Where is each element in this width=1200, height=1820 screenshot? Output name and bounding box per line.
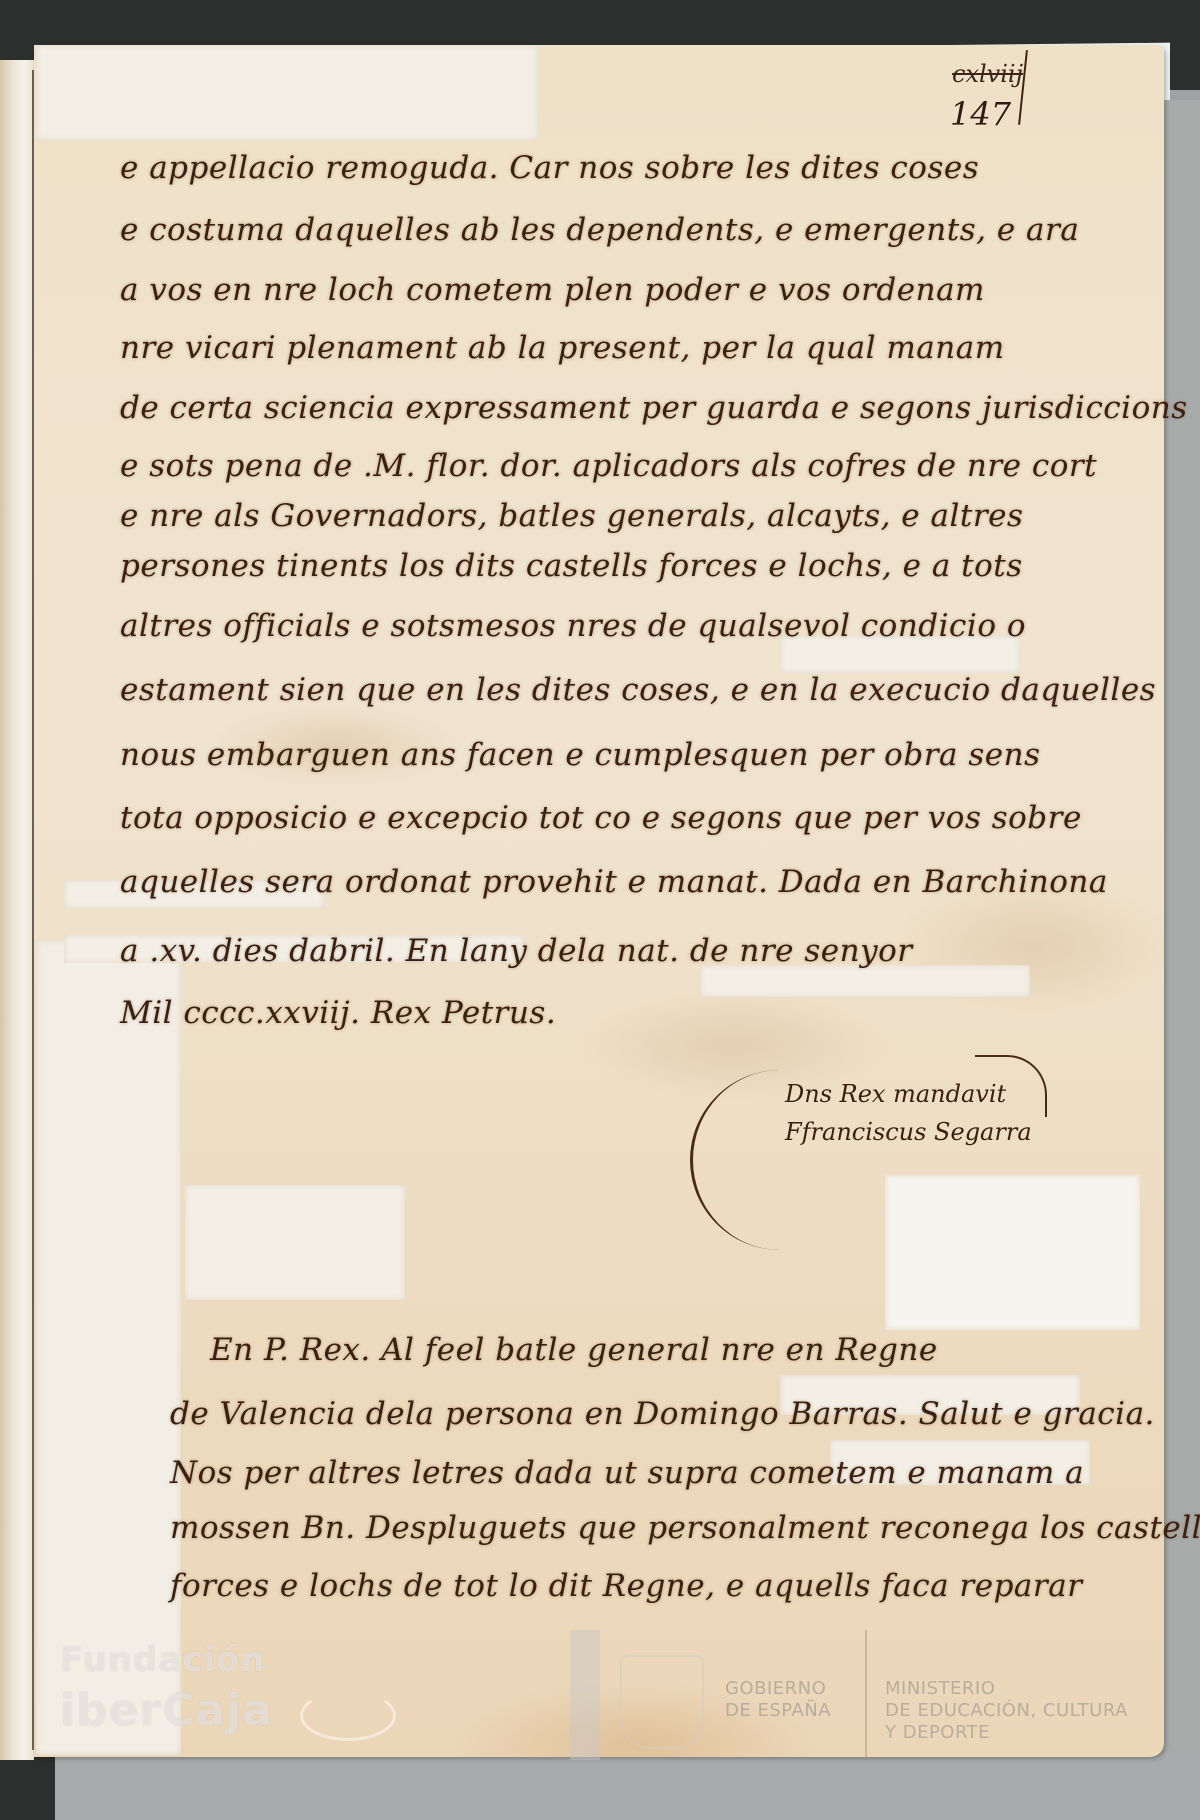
text-line: altres officials e sotsmesos nres de qua… [120, 608, 1026, 644]
text-line: estament sien que en les dites coses, e … [120, 672, 1156, 708]
text-line: e nre als Governadors, batles generals, … [120, 498, 1023, 534]
text-line: a vos en nre loch cometem plen poder e v… [120, 272, 985, 308]
dark-background-corner [0, 1750, 55, 1820]
text-line: Mil cccc.xxviij. Rex Petrus. [120, 995, 556, 1031]
watermark-fundacion: Fundación [60, 1640, 266, 1680]
text-line: En P. Rex. Al feel batle general nre en … [210, 1332, 938, 1368]
text-line: e sots pena de .M. flor. dor. aplicadors… [120, 448, 1097, 484]
text-line: persones tinents los dits castells force… [120, 548, 1023, 584]
repair-patch [36, 940, 181, 1755]
spain-coat-of-arms-icon [620, 1655, 704, 1749]
watermark-divider [865, 1630, 867, 1760]
repair-patch [36, 45, 538, 140]
signature-line: Dns Rex mandavit [785, 1080, 1006, 1108]
gobierno-line: DE ESPAÑA [725, 1700, 831, 1722]
folio-old-number: cxlviij [952, 60, 1023, 88]
binding-fold [0, 60, 34, 1760]
gobierno-line: GOBIERNO [725, 1678, 831, 1700]
text-line: Nos per altres letres dada ut supra come… [170, 1455, 1084, 1491]
signature-line: Ffranciscus Segarra [785, 1118, 1032, 1146]
ministerio-line: MINISTERIO [885, 1678, 1128, 1700]
grey-backing-bottom [55, 1755, 1200, 1820]
text-line: de certa sciencia expressament per guard… [120, 390, 1188, 426]
repair-patch [185, 1185, 405, 1300]
text-line: a .xv. dies dabril. En lany dela nat. de… [120, 933, 913, 969]
watermark-gobierno: GOBIERNO DE ESPAÑA [725, 1678, 831, 1722]
text-line: nous embarguen ans facen e cumplesquen p… [120, 737, 1040, 773]
text-line: e appellacio remoguda. Car nos sobre les… [120, 150, 979, 186]
text-line: tota opposicio e excepcio tot co e segon… [120, 800, 1082, 836]
repair-strip [700, 965, 1030, 997]
folio-number: 147 [950, 95, 1011, 133]
repair-patch [885, 1175, 1140, 1330]
text-line: aquelles sera ordonat provehit e manat. … [120, 864, 1108, 900]
text-line: de Valencia dela persona en Domingo Barr… [170, 1396, 1155, 1432]
text-line: mossen Bn. Despluguets que personalment … [170, 1510, 1200, 1546]
text-line: e costuma daquelles ab les dependents, e… [120, 212, 1079, 248]
ibercaja-logo-icon [300, 1690, 396, 1741]
ministerio-line: DE EDUCACIÓN, CULTURA [885, 1700, 1128, 1722]
watermark-ibercaja: iberCaja [60, 1685, 273, 1736]
government-flag-bar-icon [570, 1630, 600, 1760]
ministerio-line: Y DEPORTE [885, 1722, 1128, 1744]
watermark-ministerio: MINISTERIO DE EDUCACIÓN, CULTURA Y DEPOR… [885, 1678, 1128, 1744]
text-line: forces e lochs de tot lo dit Regne, e aq… [170, 1568, 1083, 1604]
text-line: nre vicari plenament ab la present, per … [120, 330, 1005, 366]
